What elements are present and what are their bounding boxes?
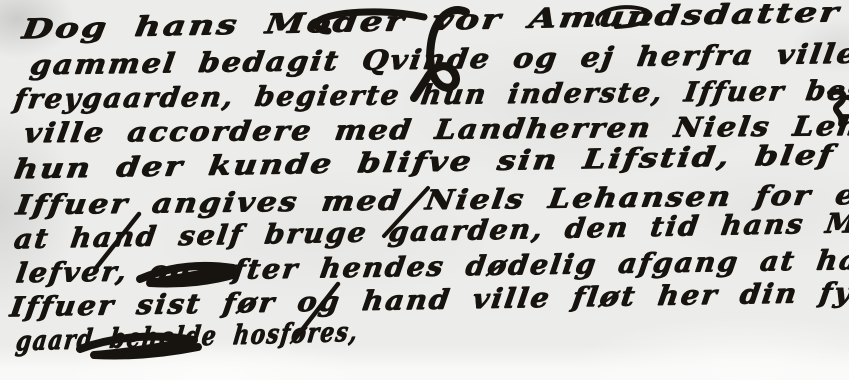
manuscript-scan: Dog hans Moder vor Amundsdatter er er ga… xyxy=(0,0,849,380)
manuscript-line: gaard beholde hosføres, xyxy=(14,318,360,355)
manuscript-line: Dog hans Moder vor Amundsdatter er er xyxy=(20,0,849,43)
manuscript-line: gammel bedagit Qvinde og ej herfra ville… xyxy=(28,39,849,79)
manuscript-line: freygaarden, begierte hun inderste, Iffu… xyxy=(12,76,849,113)
